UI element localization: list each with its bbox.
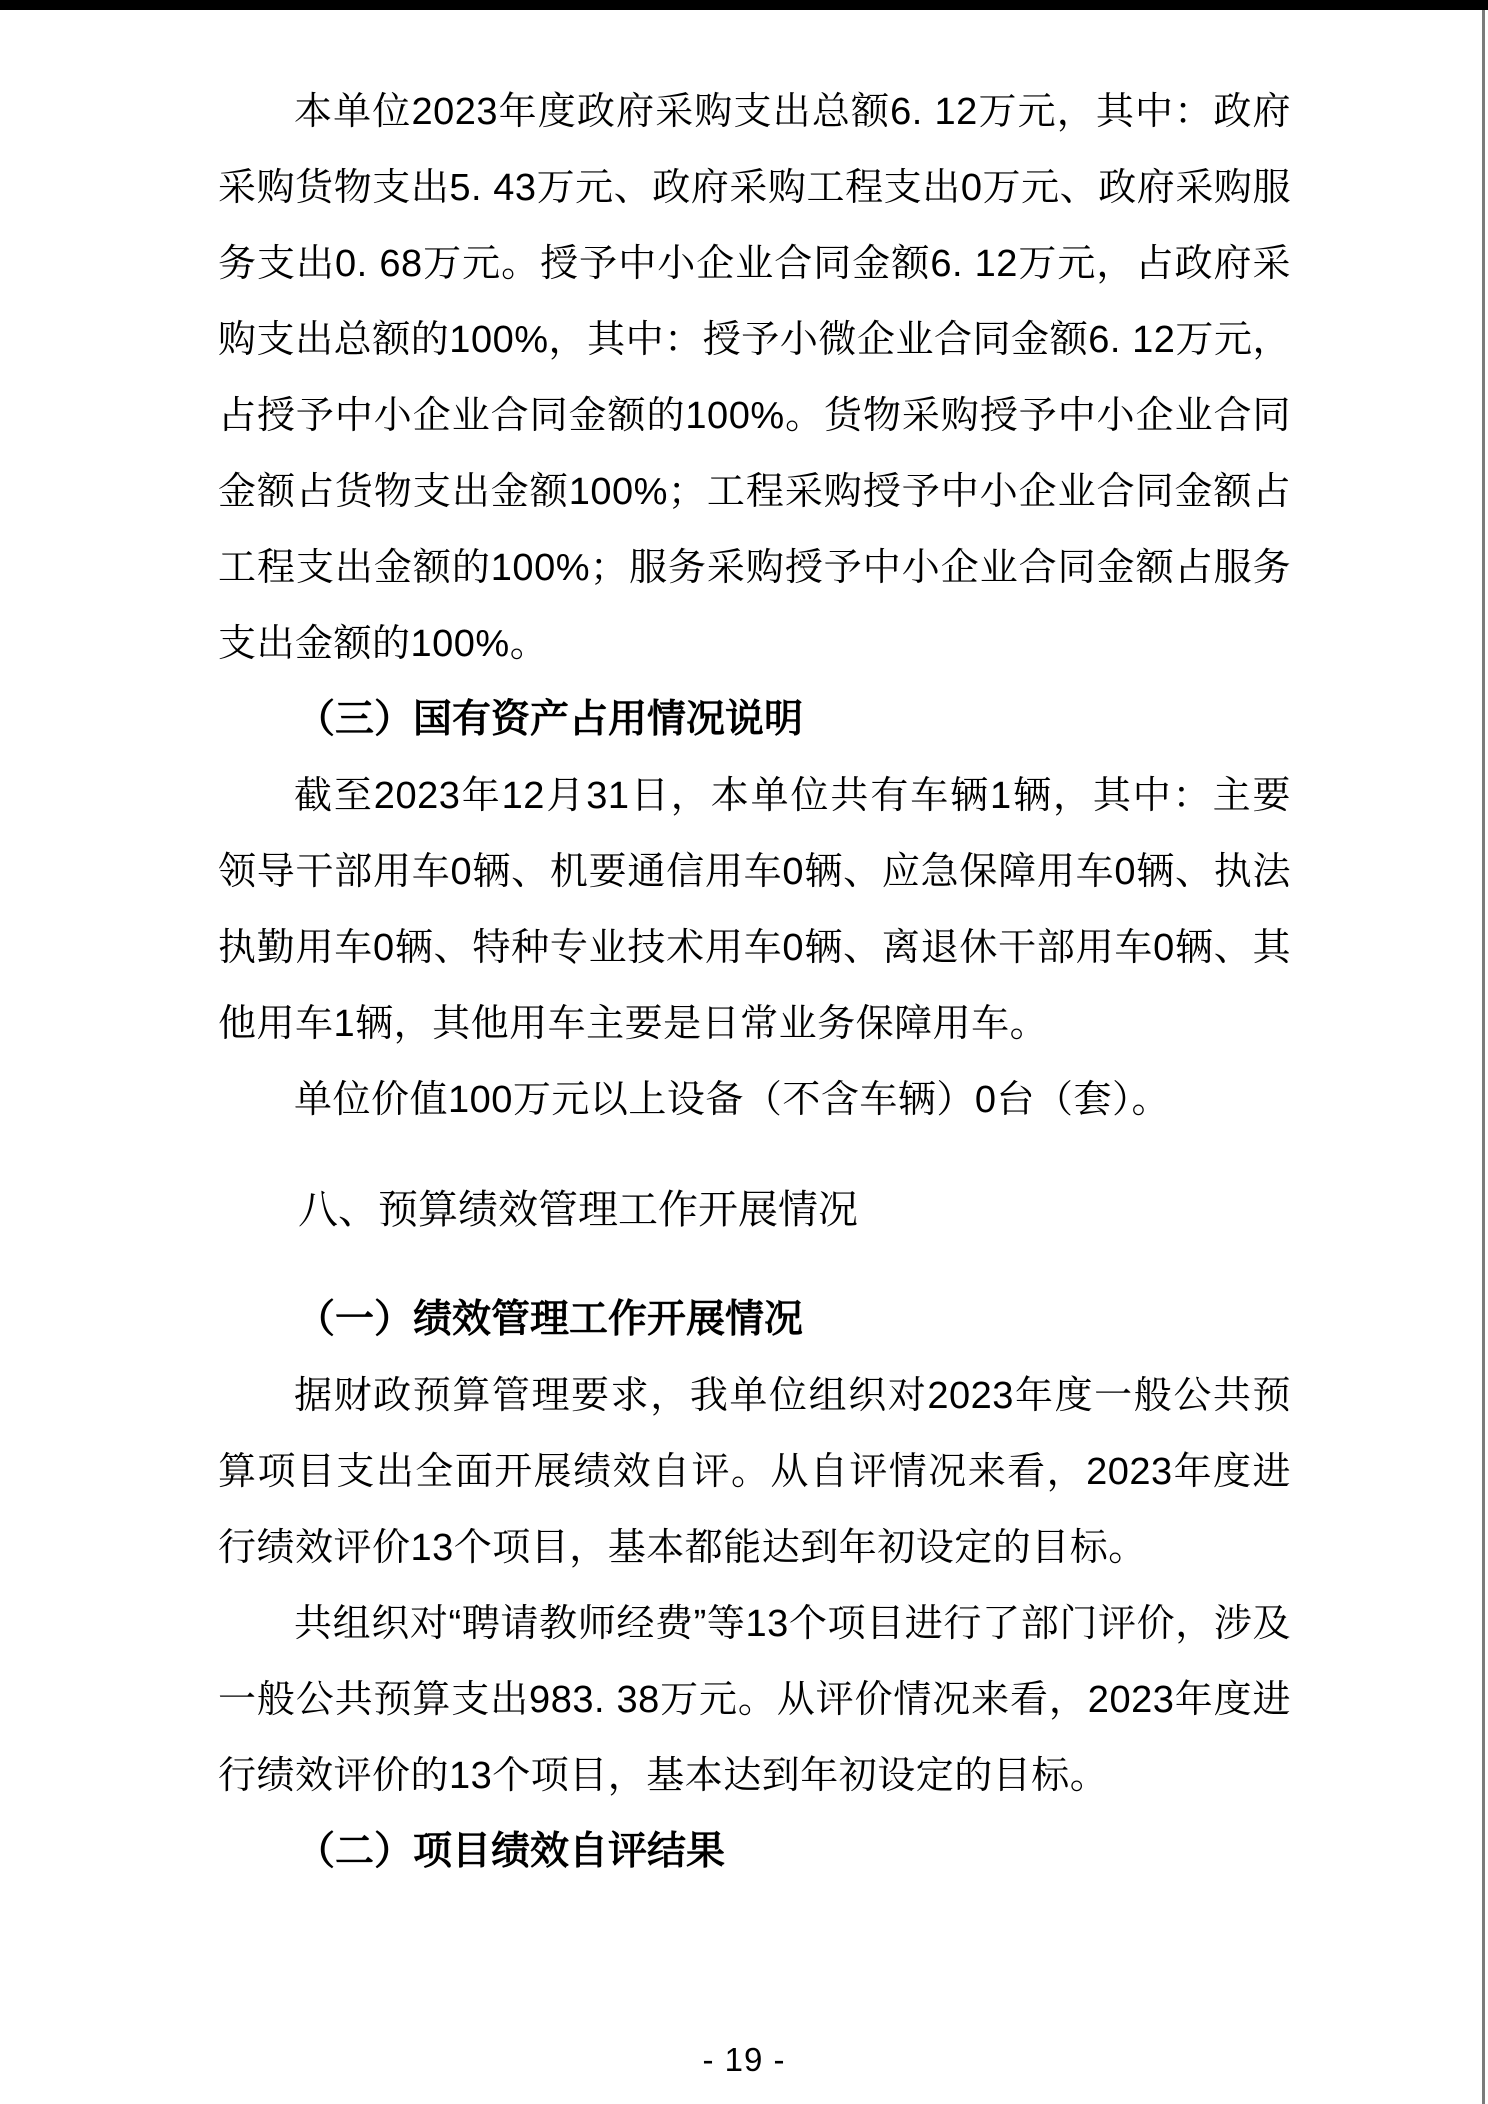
body-paragraph-procurement: 本单位2023年度政府采购支出总额6. 12万元，其中：政府采购货物支出5. 4… bbox=[218, 74, 1291, 682]
page-number: - 19 - bbox=[0, 2042, 1488, 2078]
body-paragraph-department-evaluation: 共组织对“聘请教师经费”等13个项目进行了部门评价，涉及一般公共预算支出983.… bbox=[218, 1586, 1291, 1814]
document-body: 本单位2023年度政府采购支出总额6. 12万元，其中：政府采购货物支出5. 4… bbox=[218, 74, 1291, 1890]
body-paragraph-equipment: 单位价值100万元以上设备（不含车辆）0台（套）。 bbox=[218, 1062, 1291, 1138]
body-paragraph-vehicles: 截至2023年12月31日，本单位共有车辆1辆，其中：主要领导干部用车0辆、机要… bbox=[218, 758, 1291, 1062]
subsection-heading-self-evaluation-results: （二）项目绩效自评结果 bbox=[218, 1814, 1291, 1890]
scan-top-edge bbox=[0, 0, 1488, 10]
section-heading-performance: 八、预算绩效管理工作开展情况 bbox=[218, 1172, 1291, 1248]
body-paragraph-self-evaluation: 据财政预算管理要求，我单位组织对2023年度一般公共预算项目支出全面开展绩效自评… bbox=[218, 1358, 1291, 1586]
scan-right-edge bbox=[1482, 10, 1485, 2104]
subsection-heading-state-assets: （三）国有资产占用情况说明 bbox=[218, 682, 1291, 758]
subsection-heading-performance-work: （一）绩效管理工作开展情况 bbox=[218, 1282, 1291, 1358]
